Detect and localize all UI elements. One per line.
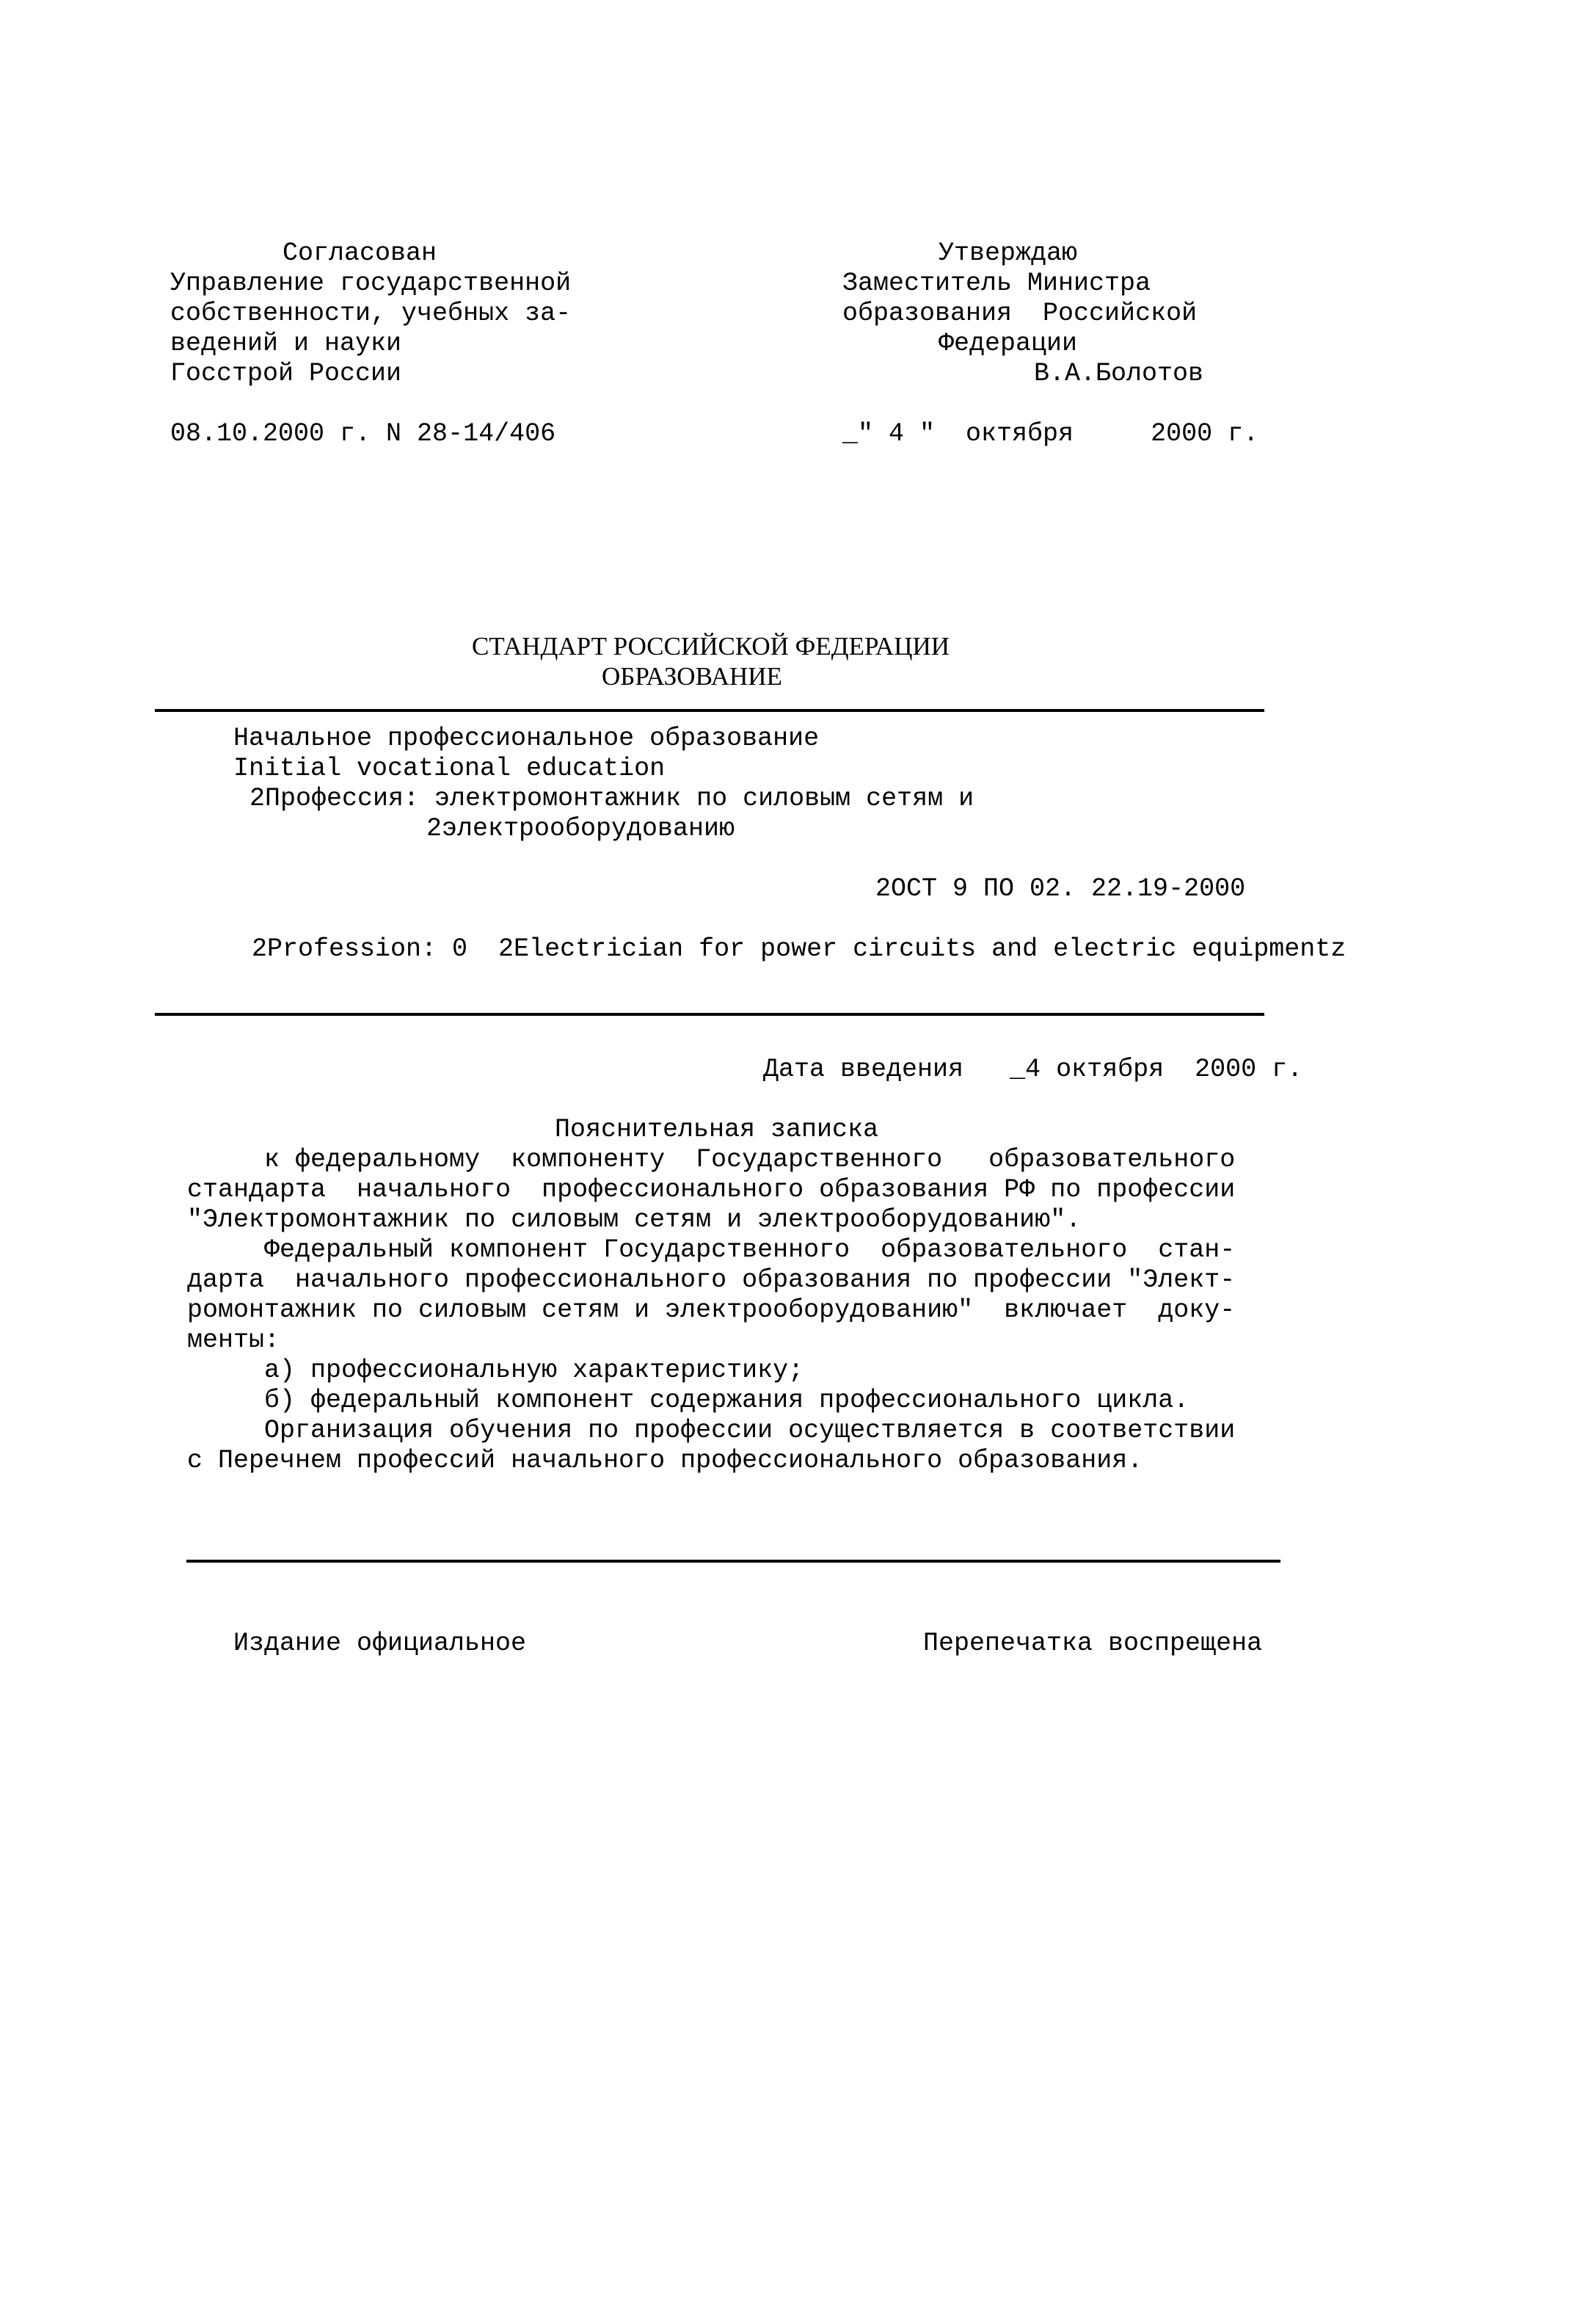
approval-left-heading: Согласован: [283, 239, 437, 269]
profession-ru-line-2: 2электрооборудованию: [426, 814, 735, 844]
approval-left-line: Госстрой России: [170, 359, 401, 389]
note-line: с Перечнем профессий начального професси…: [187, 1446, 1143, 1476]
standard-code: 2ОСТ 9 ПО 02. 22.19-2000: [875, 874, 1245, 904]
approval-right-heading: Утверждаю: [939, 239, 1077, 269]
horizontal-rule-top: [155, 709, 1264, 712]
note-line: ромонтажник по силовым сетям и электрооб…: [187, 1295, 1235, 1326]
footer-reprint-prohibited: Перепечатка воспрещена: [923, 1629, 1262, 1659]
approval-right-date: _" 4 " октября 2000 г.: [842, 419, 1258, 449]
horizontal-rule-middle: [155, 1013, 1264, 1016]
approval-left-line: ведений и науки: [170, 329, 401, 359]
subject-en: Initial vocational education: [233, 754, 665, 784]
note-list-item-b: б) федеральный компонент содержания проф…: [187, 1386, 1189, 1416]
profession-en: 2Profession: 0 2Electrician for power ci…: [252, 934, 1346, 964]
note-list-item-a: а) профессиональную характеристику;: [187, 1356, 804, 1386]
profession-ru-line-1: 2Профессия: электромонтажник по силовым …: [249, 784, 974, 814]
approval-left-line: Управление государственной: [170, 269, 571, 299]
note-line: Федеральный компонент Государственного о…: [187, 1235, 1235, 1265]
title-line-2: ОБРАЗОВАНИЕ: [602, 661, 782, 691]
footer-official-edition: Издание официальное: [233, 1629, 526, 1659]
horizontal-rule-bottom: [186, 1560, 1280, 1563]
approval-right-line: Заместитель Министра: [842, 269, 1151, 299]
note-line: менты:: [187, 1326, 280, 1356]
note-line: Организация обучения по профессии осущес…: [187, 1416, 1235, 1446]
note-line: стандарта начального профессионального о…: [187, 1175, 1235, 1205]
note-line: дарта начального профессионального образ…: [187, 1265, 1235, 1295]
title-line-1: СТАНДАРТ РОССИЙСКОЙ ФЕДЕРАЦИИ: [472, 631, 950, 661]
approval-right-line: Федерации: [939, 329, 1077, 359]
note-line: "Электромонтажник по силовым сетям и эле…: [187, 1205, 1081, 1235]
approval-right-line: образования Российской: [842, 299, 1197, 329]
note-heading: Пояснительная записка: [555, 1115, 878, 1145]
approval-left-line: собственности, учебных за-: [170, 299, 571, 329]
note-line: к федеральному компоненту Государственно…: [187, 1145, 1235, 1175]
subject-ru: Начальное профессиональное образование: [233, 724, 819, 754]
approval-left-reference: 08.10.2000 г. N 28-14/406: [170, 419, 555, 449]
approval-right-signatory: В.А.Болотов: [1034, 359, 1203, 389]
intro-date: Дата введения _4 октября 2000 г.: [763, 1055, 1302, 1085]
